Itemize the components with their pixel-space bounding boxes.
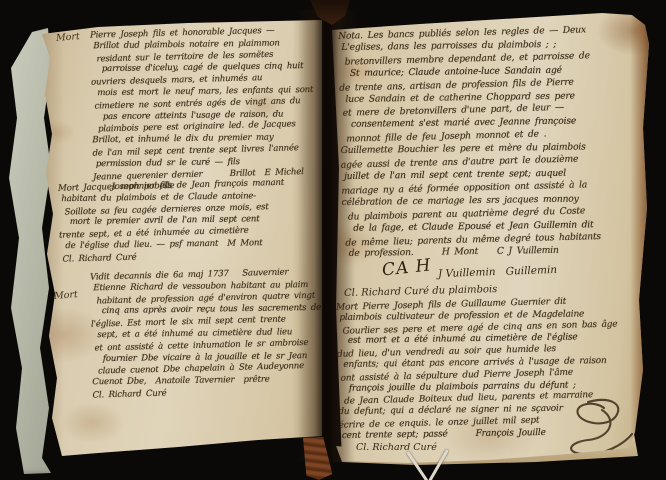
- manuscript-paragraph: Vidit decannis die 6a maj 1737 Sauvernie…: [90, 267, 322, 402]
- monogram-signature: CA H: [381, 255, 432, 280]
- page-number: 4: [472, 9, 478, 19]
- right-page: 4 Nota. Les bancs publiés selon les regl…: [330, 8, 652, 464]
- left-page: Mort Pierre Joseph fils et honorable Jac…: [28, 18, 322, 458]
- manuscript-paragraph: Pierre Joseph fils et honorable Jacques …: [90, 25, 321, 195]
- manuscript-paragraph: Mort Jacques monnier fils de Jean franço…: [58, 178, 318, 266]
- paraph-flourish: [558, 394, 636, 458]
- book-scan: Mort Pierre Joseph fils et honorable Jac…: [0, 0, 666, 480]
- curate-signature: Cl. Richard Curé du plaimbois: [344, 284, 498, 299]
- margin-note-mort: Mort: [56, 31, 81, 44]
- curate-signature: Cl. Richard Curé: [356, 442, 437, 453]
- spine-leather-bottom: [299, 434, 335, 480]
- manuscript-paragraph: Nota. Les bancs publiés selon les regles…: [338, 24, 649, 263]
- margin-note-mort: Mort: [54, 289, 79, 302]
- witness-signature: J Vuillemin Guillemin: [438, 264, 557, 280]
